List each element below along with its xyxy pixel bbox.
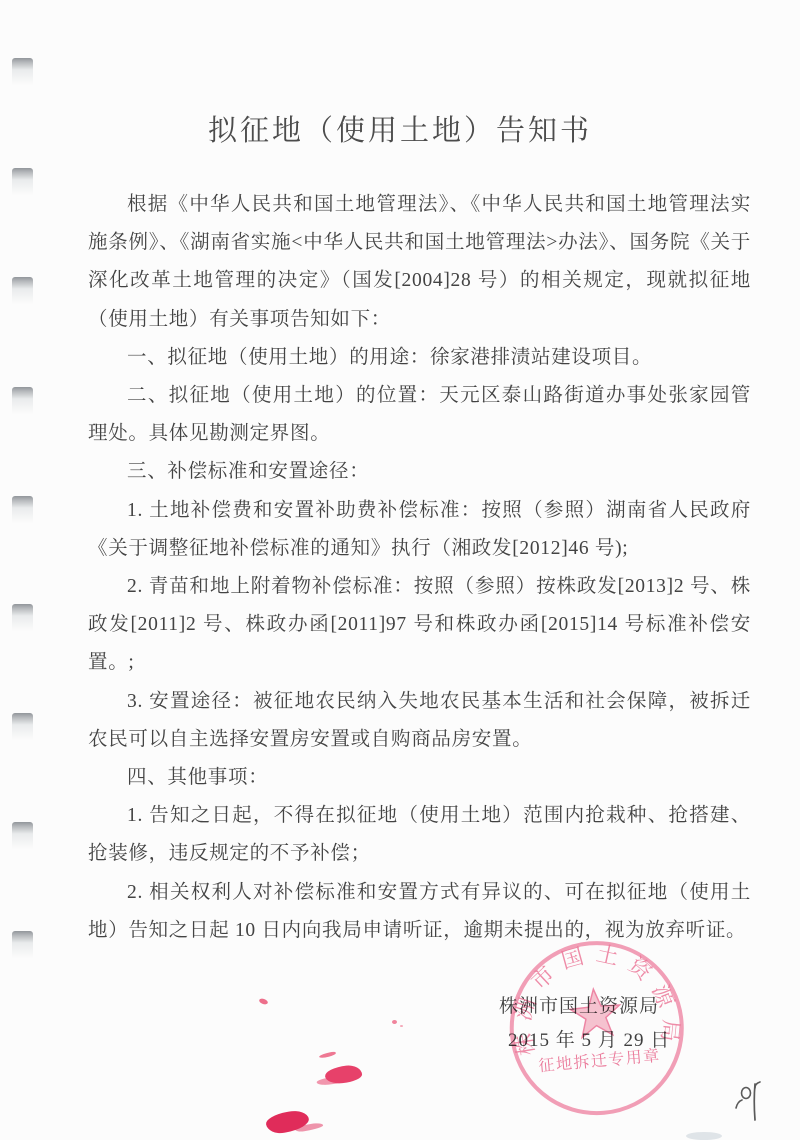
binding-hole-mark — [12, 58, 33, 89]
binding-hole-mark — [12, 387, 33, 418]
document-body: 根据《中华人民共和国土地管理法》、《中华人民共和国土地管理法实施条例》、《湖南省… — [88, 186, 751, 950]
document-title: 拟征地（使用土地）告知书 — [0, 108, 800, 149]
binding-hole-mark — [12, 822, 33, 853]
paragraph-item3-3-resettle: 3. 安置途径：被征地农民纳入失地农民基本生活和社会保障，被拆迁农民可以自主选择… — [88, 683, 751, 759]
binding-hole-mark — [12, 713, 33, 744]
paragraph-item3-2-crop-comp: 2. 青苗和地上附着物补偿标准：按照（参照）按株政发[2013]2 号、株政发[… — [88, 568, 751, 683]
binding-hole-mark — [12, 931, 33, 962]
paragraph-item1-purpose: 一、拟征地（使用土地）的用途：徐家港排渍站建设项目。 — [88, 339, 751, 377]
binding-hole-mark — [12, 496, 33, 527]
paragraph-item4-1-no-rush: 1. 告知之日起，不得在拟征地（使用土地）范围内抢栽种、抢搭建、抢装修，违反规定… — [88, 797, 751, 873]
seal-star-icon — [569, 987, 622, 1038]
paragraph-item3-heading: 三、补偿标准和安置途径： — [88, 453, 751, 491]
paragraph-item3-1-land-comp: 1. 土地补偿费和安置补助费补偿标准：按照（参照）湖南省人民政府《关于调整征地补… — [88, 492, 751, 568]
ink-smudge — [258, 998, 268, 1006]
ink-smudge — [324, 1064, 363, 1085]
paragraph-legal-basis: 根据《中华人民共和国土地管理法》、《中华人民共和国土地管理法实施条例》、《湖南省… — [88, 186, 751, 339]
seal-bottom-text: 征地拆迁专用章 — [538, 1046, 662, 1076]
binding-hole-mark — [12, 604, 33, 635]
binding-hole-mark — [12, 277, 33, 308]
ink-smudge — [265, 1108, 311, 1135]
paragraph-item2-location: 二、拟征地（使用土地）的位置：天元区泰山路街道办事处张家园管理处。具体见勘测定界… — [88, 377, 751, 453]
official-seal-stamp: 株洲市国土资源局 征地拆迁专用章 — [497, 930, 699, 1132]
scan-shadow-mark — [686, 1132, 722, 1140]
handwritten-pen-mark — [732, 1080, 768, 1128]
binding-hole-mark — [12, 168, 33, 199]
scanned-document-page: 拟征地（使用土地）告知书 根据《中华人民共和国土地管理法》、《中华人民共和国土地… — [0, 0, 800, 1140]
paragraph-item4-heading: 四、其他事项： — [88, 759, 751, 797]
ink-smudge — [319, 1051, 336, 1059]
ink-smudge — [392, 1020, 397, 1024]
